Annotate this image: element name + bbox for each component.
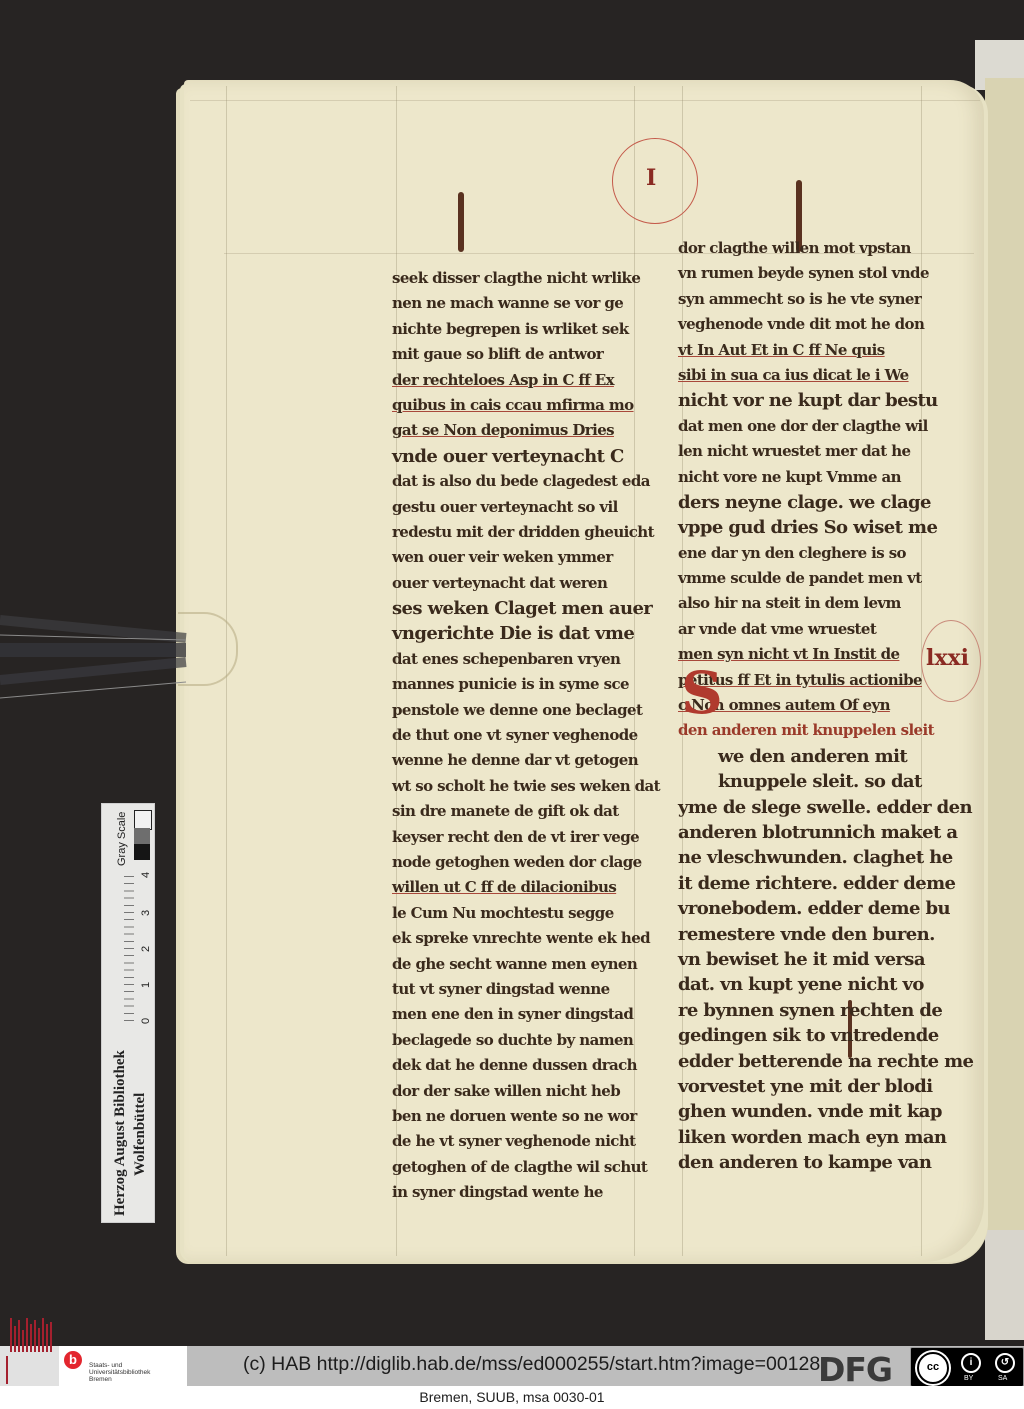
text-line: den anderen to kampe van xyxy=(678,1150,948,1175)
text-line: vmme sculde de pandet men vt xyxy=(678,566,948,591)
share-alike-icon: ↺ xyxy=(995,1353,1015,1373)
ruler-tick-3: 3 xyxy=(140,910,152,916)
text-line: it deme richtere. edder deme xyxy=(678,871,948,896)
text-line: de ghe secht wanne men eynen xyxy=(392,952,654,977)
shelfmark: Bremen, SUUB, msa 0030-01 xyxy=(0,1389,1024,1405)
text-line: getoghen of de clagthe wil schut xyxy=(392,1155,654,1180)
text-line: sin dre manete de gift ok dat xyxy=(392,799,654,824)
sa-label: SA xyxy=(998,1375,1007,1382)
text-line: vt In Aut Et in C ff Ne quis xyxy=(678,338,948,363)
text-line: edder betterende na rechte me xyxy=(678,1049,948,1074)
text-line: ar vnde dat vme wruestet xyxy=(678,617,948,642)
text-line: dek dat he denne dussen drach xyxy=(392,1053,654,1078)
ruler-tick-1: 1 xyxy=(140,982,152,988)
text-line: liken worden mach eyn man xyxy=(678,1125,948,1150)
library-barcode-logo xyxy=(0,1346,59,1390)
text-line: node getoghen weden dor clage xyxy=(392,850,654,875)
text-line: ene dar yn den cleghere is so xyxy=(678,541,948,566)
text-column-left: seek disser clagthe nicht wrlike nen ne … xyxy=(392,266,654,1205)
text-line: dat enes schepenbaren vryen xyxy=(392,647,654,672)
text-line: ses weken Claget men auer xyxy=(392,596,654,621)
text-line: dat men one dor der clagthe wil xyxy=(678,414,948,439)
color-ruler: Gray Scale 4 3 2 1 0 Herzog August Bibli… xyxy=(101,803,155,1223)
text-line: we den anderen mit xyxy=(678,744,948,769)
cc-license-badge[interactable]: cc i ↺ BY SA xyxy=(910,1347,1024,1387)
text-line: vngerichte Die is dat vme xyxy=(392,621,654,646)
text-line: wenne he denne dar vt getogen xyxy=(392,748,654,773)
text-line: de thut one vt syner veghenode xyxy=(392,723,654,748)
text-line: also hir na steit in dem levm xyxy=(678,591,948,616)
text-line: mit gaue so blift de antwor xyxy=(392,342,654,367)
text-line: ben ne doruen wente so ne wor xyxy=(392,1104,654,1129)
page-clip xyxy=(178,612,238,686)
text-line: len nicht wruestet mer dat he xyxy=(678,439,948,464)
text-line: penstole we denne one beclaget xyxy=(392,698,654,723)
text-line: vronebodem. edder deme bu xyxy=(678,896,948,921)
text-line: ek spreke vnrechte wente ek hed xyxy=(392,926,654,951)
text-line: dat. vn kupt yene nicht vo xyxy=(678,972,948,997)
ruler-tick-2: 2 xyxy=(140,946,152,952)
text-line: quibus in cais ccau mfirma mo xyxy=(392,393,654,418)
text-line: ders neyne clage. we clage xyxy=(678,490,948,515)
text-line: gestu ouer verteynacht so vil xyxy=(392,495,654,520)
gray-scale-label: Gray Scale xyxy=(116,812,128,866)
text-line: dor clagthe willen mot vpstan xyxy=(678,236,948,261)
text-line: men ene den in syner dingstad xyxy=(392,1002,654,1027)
text-line: nichte begrepen is wrliket sek xyxy=(392,317,654,342)
text-line: veghenode vnde dit mot he don xyxy=(678,312,948,337)
text-line: le Cum Nu mochtestu segge xyxy=(392,901,654,926)
text-line: mannes punicie is in syme sce xyxy=(392,672,654,697)
text-line: sibi in sua ca ius dicat le i We xyxy=(678,363,948,388)
gray-swatch-black xyxy=(134,844,150,860)
text-line: vnde ouer verteynacht C xyxy=(392,444,654,469)
dfg-logo: DFG xyxy=(818,1350,892,1389)
text-line: knuppele sleit. so dat xyxy=(678,769,948,794)
text-line: syn ammecht so is he vte syner xyxy=(678,287,948,312)
ruler-institution-line2: Wolfenbüttel xyxy=(132,1093,149,1176)
text-line: nen ne mach wanne se vor ge xyxy=(392,291,654,316)
suub-logo[interactable]: b Staats- und Universitätsbibliothek Bre… xyxy=(59,1346,187,1390)
text-line: willen ut C ff de dilacionibus xyxy=(392,875,654,900)
binding-cloth-bottom xyxy=(985,1230,1024,1340)
ruler-ticks xyxy=(124,876,134,1024)
text-line: in syner dingstad wente he xyxy=(392,1180,654,1205)
text-line: anderen blotrunnich maket a xyxy=(678,820,948,845)
attribution-icon: i xyxy=(961,1353,981,1373)
text-line: vn rumen beyde synen stol vnde xyxy=(678,261,948,286)
by-label: BY xyxy=(964,1375,973,1382)
text-line: gat se Non deponimus Dries xyxy=(392,418,654,443)
text-line: vppe gud dries So wiset me xyxy=(678,515,948,540)
gray-swatch-white xyxy=(134,810,152,830)
facing-page-edge xyxy=(985,78,1024,1340)
text-line: ghen wunden. vnde mit kap xyxy=(678,1099,948,1124)
ruler-tick-4: 4 xyxy=(140,872,152,878)
text-line: gedingen sik to vntredende xyxy=(678,1023,948,1048)
text-line: dat is also du bede clagedest eda xyxy=(392,469,654,494)
text-line: ne vleschwunden. claghet he xyxy=(678,845,948,870)
text-line: vorvestet yne mit der blodi xyxy=(678,1074,948,1099)
text-line: seek disser clagthe nicht wrlike xyxy=(392,266,654,291)
text-line: yme de slege swelle. edder den xyxy=(678,795,948,820)
text-line: redestu mit der dridden gheuicht xyxy=(392,520,654,545)
b-logo-icon: b xyxy=(64,1351,82,1369)
text-line: beclagede so duchte by namen xyxy=(392,1028,654,1053)
text-line: ouer verteynacht dat weren xyxy=(392,571,654,596)
ruler-institution-line1: Herzog August Bibliothek xyxy=(112,1050,129,1216)
suub-logo-text: Staats- und Universitätsbibliothek Breme… xyxy=(89,1362,150,1383)
text-line: wen ouer veir weken ymmer xyxy=(392,545,654,570)
text-line: nicht vore ne kupt Vmme an xyxy=(678,465,948,490)
gray-swatch-mid xyxy=(134,828,150,844)
text-line: nicht vor ne kupt dar bestu xyxy=(678,388,948,413)
text-line: remestere vnde den buren. xyxy=(678,922,948,947)
ruler-tick-0: 0 xyxy=(140,1018,152,1024)
folio-number: I xyxy=(646,165,656,191)
copyright-link[interactable]: (c) HAB http://diglib.hab.de/mss/ed00025… xyxy=(243,1353,820,1376)
text-line: wt so scholt he twie ses weken dat xyxy=(392,774,654,799)
text-line: dor der sake willen nicht heb xyxy=(392,1079,654,1104)
manuscript-scan: I lxxi seek disser clagthe nicht wrlike … xyxy=(0,0,1024,1340)
ascender-flourish xyxy=(458,192,464,252)
text-line: de he vt syner veghenode nicht xyxy=(392,1129,654,1154)
text-line: vn bewiset he it mid versa xyxy=(678,947,948,972)
text-line: keyser recht den de vt irer vege xyxy=(392,825,654,850)
text-line: re bynnen synen rechten de xyxy=(678,998,948,1023)
bookmark-strings xyxy=(0,600,190,710)
decorated-initial: S xyxy=(681,662,717,724)
text-line: der rechteloes Asp in C ff Ex xyxy=(392,368,654,393)
text-line: tut vt syner dingstad wenne xyxy=(392,977,654,1002)
cc-icon: cc xyxy=(917,1352,949,1384)
